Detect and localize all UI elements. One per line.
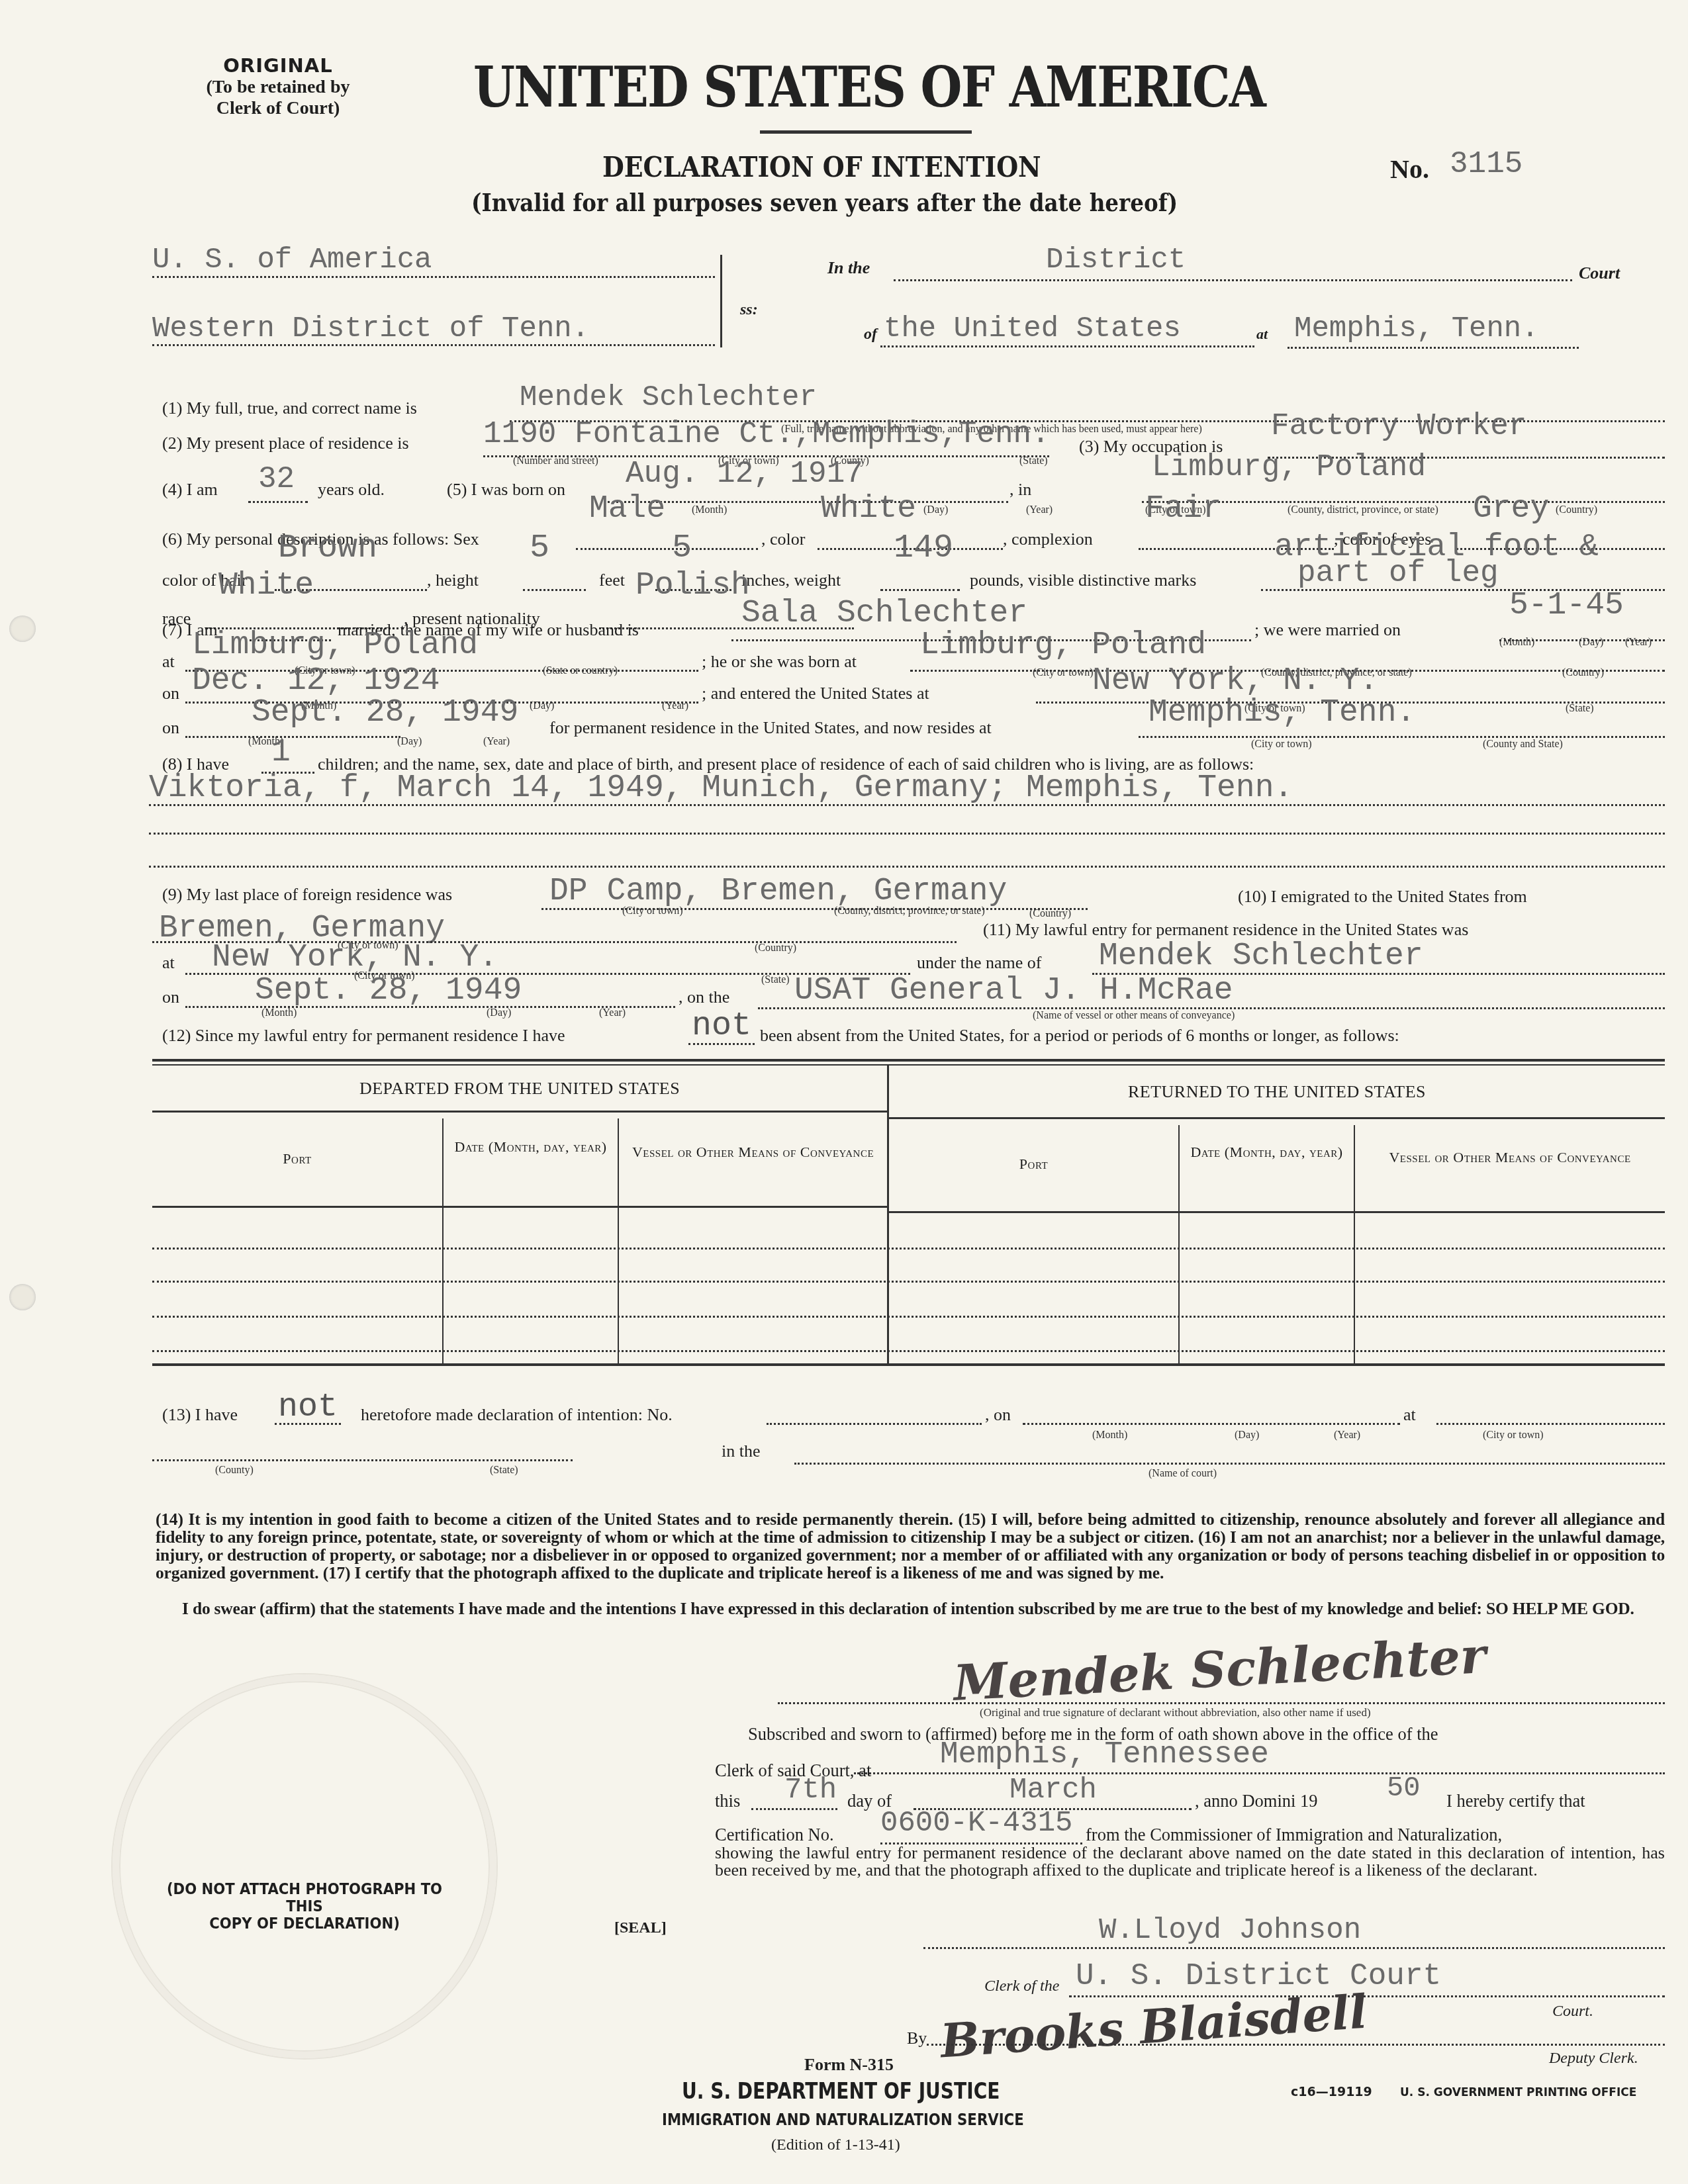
field-line (923, 1947, 1665, 1949)
spouse-birthplace-field[interactable]: Limburg, Poland (920, 627, 1206, 663)
field-line (608, 501, 1008, 503)
embossed-seal (113, 1674, 496, 2058)
photo-note-line2: COPY OF DECLARATION) (164, 1915, 444, 1933)
field-line (854, 1772, 1665, 1774)
col-date-departed: Date (Month, day, year) (444, 1138, 618, 1156)
spouse-entry-date-field[interactable]: Sept. 28, 1949 (252, 695, 518, 731)
jurat-day-field[interactable]: 7th (784, 1774, 837, 1807)
color-field[interactable]: White (821, 491, 916, 527)
anno-label: , anno Domini 19 (1195, 1791, 1318, 1811)
this-label: this (715, 1791, 740, 1811)
cert-post: from the Commissioner of Immigration and… (1086, 1825, 1502, 1845)
q10-label: (10) I emigrated to the United States fr… (1238, 887, 1527, 907)
field-line (688, 1043, 755, 1045)
table-rule-top (152, 1059, 1665, 1062)
prior-city-field[interactable] (1436, 1423, 1665, 1425)
distinctive-marks-line2: part of leg (1297, 556, 1499, 590)
field-line (880, 589, 960, 591)
returned-header: RETURNED TO THE UNITED STATES (889, 1082, 1665, 1102)
hint: (Country) (1562, 667, 1604, 679)
at-label: at (1403, 1405, 1416, 1425)
field-line (523, 589, 586, 591)
marriage-date-field[interactable]: 5-1-45 (1509, 588, 1624, 623)
field-line (248, 501, 308, 503)
birthplace-field[interactable]: Limburg, Poland (1152, 450, 1426, 484)
field-line (152, 344, 715, 346)
hint: (City or town) (1251, 739, 1312, 751)
hint: (Country) (1029, 908, 1071, 920)
color-label: , color (761, 529, 805, 549)
on-label: , on (985, 1405, 1011, 1425)
hint: (City or town) (622, 905, 683, 917)
marriage-place-field[interactable]: Limburg, Poland (192, 627, 478, 663)
of-label: of (864, 326, 877, 343)
declarant-signature: Mendek Schlechter (952, 1627, 1487, 1712)
height-inches-field[interactable]: 5 (672, 529, 692, 567)
field-line (275, 1423, 341, 1425)
hint: (County, district, province, or state) (834, 905, 985, 917)
spouse-birthdate-field[interactable]: Dec. 12, 1924 (192, 663, 440, 699)
in-the-label: in the (722, 1441, 761, 1461)
q2-label: (2) My present place of residence is (162, 433, 409, 453)
hint: (Number and street) (513, 455, 598, 467)
field-line (1288, 347, 1579, 349)
hint: (State) (1566, 703, 1594, 715)
entered-label: ; and entered the United States at (702, 684, 929, 704)
hair-field[interactable]: Brown (278, 529, 377, 567)
col-port-departed: Port (152, 1150, 442, 1167)
married-on-label: ; we were married on (1254, 620, 1401, 640)
invalid-note: (Invalid for all purposes seven years af… (471, 188, 1178, 217)
prior-county-state-field[interactable] (152, 1459, 573, 1461)
hint: (Year) (1625, 637, 1652, 649)
hint: (Day) (923, 504, 948, 516)
venue-brace (720, 255, 722, 347)
table-row[interactable] (152, 1350, 1665, 1352)
original-notice: ORIGINAL (To be retained by Clerk of Cou… (199, 54, 357, 119)
hint: (Year) (1334, 1430, 1360, 1441)
court-label: Court. (1552, 2003, 1593, 2021)
height-label: , height (427, 570, 479, 590)
edition: (Edition of 1-13-41) (771, 2136, 900, 2154)
vessel-label: , on the (679, 987, 729, 1007)
weight-field[interactable]: 149 (894, 529, 953, 567)
table-row[interactable] (152, 1281, 1665, 1283)
table-row[interactable] (152, 1316, 1665, 1318)
q5-label: (5) I was born on (447, 480, 565, 500)
photo-note-line1: (DO NOT ATTACH PHOTOGRAPH TO THIS (164, 1881, 444, 1915)
permanent-label: for permanent residence in the United St… (549, 718, 992, 738)
printer: U. S. GOVERNMENT PRINTING OFFICE (1400, 2086, 1636, 2099)
feet-label: feet (599, 570, 625, 590)
hint: (Month) (1499, 637, 1534, 649)
hint: (State) (490, 1465, 518, 1477)
cert-label: Certification No. (715, 1825, 834, 1845)
print-code: c16—19119 (1291, 2085, 1372, 2099)
hint: (Month) (261, 1007, 297, 1019)
q13-label: (13) I have (162, 1405, 238, 1425)
born-at-label: ; he or she was born at (702, 652, 857, 672)
field-line (1069, 1995, 1665, 1997)
cert-body: showing the lawful entry for permanent r… (715, 1844, 1665, 1879)
jurat-month-field[interactable]: March (1009, 1774, 1097, 1807)
field-line (758, 1007, 1665, 1009)
hint: (Country) (755, 942, 796, 954)
field-line (152, 276, 715, 278)
table-rule (152, 1111, 887, 1113)
occupation-field[interactable]: Factory Worker (1271, 409, 1526, 443)
hint: (State) (761, 974, 790, 986)
child-entry-field[interactable]: Viktoria, f, March 14, 1949, Munich, Ger… (149, 770, 1293, 806)
hint: (Day) (397, 736, 422, 748)
department: U. S. DEPARTMENT OF JUSTICE (682, 2078, 1000, 2104)
hint: (County, district, province, or state) (1288, 504, 1438, 516)
spouse-entry-place-field[interactable]: New York, N. Y. (1092, 663, 1378, 699)
court-of: the United States (884, 312, 1181, 345)
in-label: , in (1009, 480, 1031, 500)
in-the-label: In the (827, 258, 870, 278)
col-vessel-returned: Vessel or Other Means of Conveyance (1355, 1149, 1665, 1166)
form-subtitle: DECLARATION OF INTENTION (602, 151, 1041, 183)
clerk-of-label: Clerk of the (984, 1978, 1059, 1995)
entry-name-field[interactable]: Mendek Schlechter (1099, 938, 1423, 974)
prior-declaration-field[interactable]: not (278, 1388, 338, 1426)
hint: (Name of vessel or other means of convey… (1033, 1010, 1235, 1022)
retained-line2: Clerk of Court) (199, 98, 357, 119)
hint: (City or town) (1033, 667, 1094, 679)
name-label: under the name of (917, 953, 1041, 973)
q4-post: years old. (318, 480, 385, 500)
complexion-label: , complexion (1003, 529, 1093, 549)
q9-label: (9) My last place of foreign residence w… (162, 885, 452, 905)
signature-hint: (Original and true signature of declaran… (980, 1706, 1371, 1719)
form-number: Form N-315 (804, 2055, 894, 2075)
age-field[interactable]: 32 (258, 462, 295, 496)
residence-field[interactable]: 1190 Fontaine Ct.,Memphis,Tenn. (483, 417, 1050, 451)
height-feet-field[interactable]: 5 (530, 529, 549, 567)
spouse-residence-field[interactable]: Memphis, Tenn. (1149, 695, 1415, 731)
table-rule-bottom (152, 1363, 1665, 1366)
jurat-location-field[interactable]: Memphis, Tennessee (940, 1737, 1269, 1772)
prior-court-field[interactable] (794, 1463, 1665, 1465)
court-label: Court (1579, 263, 1620, 283)
hint: (Year) (599, 1007, 626, 1019)
q13-post: heretofore made declaration of intention… (361, 1405, 673, 1425)
q12-label: (12) Since my lawful entry for permanent… (162, 1026, 565, 1046)
field-line (149, 804, 1665, 806)
field-line (880, 345, 1254, 347)
field-line (1139, 736, 1665, 738)
oath-paragraph: (14) It is my intention in good faith to… (156, 1510, 1665, 1582)
table-row[interactable] (152, 1248, 1665, 1250)
on-label: on (162, 718, 179, 738)
seal-label: [SEAL] (614, 1919, 667, 1937)
vessel-field[interactable]: USAT General J. H.McRae (794, 973, 1233, 1009)
hint: (Year) (483, 736, 510, 748)
field-line (576, 548, 758, 550)
pounds-label: pounds, visible distinctive marks (970, 570, 1196, 590)
birthdate-field[interactable]: Aug. 12, 1917 (626, 457, 863, 491)
departed-header: DEPARTED FROM THE UNITED STATES (152, 1079, 887, 1099)
hint: (Day) (487, 1007, 511, 1019)
eye-color-field[interactable]: Grey (1473, 491, 1549, 527)
at-label: at (1256, 326, 1268, 343)
clerk-name: W.Lloyd Johnson (1099, 1914, 1361, 1947)
service: IMMIGRATION AND NATURALIZATION SERVICE (662, 2110, 1024, 2129)
q1-label: (1) My full, true, and correct name is (162, 398, 417, 418)
col-divider (1178, 1125, 1180, 1363)
hint: (State or country) (543, 665, 618, 677)
title-rule (760, 130, 972, 134)
jurat-year-field[interactable]: 50 (1387, 1772, 1420, 1804)
court-type: District (1046, 244, 1186, 277)
signature-line (778, 1702, 1665, 1704)
field-line (751, 1808, 837, 1810)
field-line (927, 2044, 1665, 2046)
punch-hole (9, 1284, 36, 1310)
hint: (Day) (530, 700, 554, 712)
punch-hole (9, 615, 36, 642)
child-entry-line-3[interactable] (149, 866, 1665, 868)
children-count-field[interactable]: 1 (271, 735, 291, 770)
col-vessel-departed: Vessel or Other Means of Conveyance (619, 1144, 887, 1161)
field-line (894, 279, 1572, 281)
venue-country: U. S. of America (152, 244, 432, 277)
retained-line1: (To be retained by (199, 77, 357, 98)
table-rule-top2 (152, 1064, 1665, 1066)
at-label: at (162, 953, 175, 973)
nationality-field[interactable]: Polish (635, 568, 750, 604)
inches-label: inches, weight (741, 570, 841, 590)
number-label: No. (1390, 154, 1429, 185)
ss-label: ss: (740, 301, 758, 319)
q4-label: (4) I am (162, 480, 218, 500)
race-field[interactable]: White (218, 568, 314, 604)
hint: (Month) (692, 504, 727, 516)
declaration-number: 3115 (1450, 147, 1523, 181)
sex-field[interactable]: Male (589, 491, 665, 527)
hint: (Year) (1026, 504, 1053, 516)
foreign-residence-field[interactable]: DP Camp, Bremen, Germany (549, 874, 1007, 909)
by-label: By (907, 2028, 927, 2048)
absence-field[interactable]: not (692, 1007, 751, 1045)
deputy-label: Deputy Clerk. (1549, 2050, 1638, 2068)
court-location: Memphis, Tenn. (1294, 312, 1539, 345)
q12-post: been absent from the United States, for … (760, 1026, 1399, 1046)
col-port-returned: Port (889, 1156, 1178, 1173)
photo-note: (DO NOT ATTACH PHOTOGRAPH TO THIS COPY O… (164, 1881, 444, 1933)
hint: (City or town) (1483, 1430, 1544, 1441)
prior-date-field[interactable] (1023, 1423, 1400, 1425)
hint: (Day) (1235, 1430, 1259, 1441)
child-entry-line-2[interactable] (149, 833, 1665, 835)
certify-label: I hereby certify that (1446, 1791, 1585, 1811)
clerk-court: U. S. District Court (1076, 1959, 1441, 1993)
table-rule (889, 1211, 1665, 1213)
hint: (Month) (1092, 1430, 1127, 1441)
col-date-returned: Date (Month, day, year) (1180, 1144, 1354, 1161)
on-label: on (162, 684, 179, 704)
venue-district: Western District of Tenn. (152, 312, 589, 345)
complexion-field[interactable]: Fair (1145, 491, 1221, 527)
q11-label: (11) My lawful entry for permanent resid… (983, 920, 1468, 940)
oath-swear: I do swear (affirm) that the statements … (156, 1600, 1665, 1617)
hint: (Country) (1556, 504, 1597, 516)
hint: (Day) (1579, 637, 1603, 649)
hint: (County and State) (1483, 739, 1563, 751)
table-rule (152, 1206, 887, 1208)
full-name-field[interactable]: Mendek Schlechter (520, 381, 817, 414)
document-title: UNITED STATES OF AMERICA (473, 54, 1265, 120)
hint: (State) (1019, 455, 1048, 467)
table-divider (887, 1066, 889, 1363)
spouse-name-field[interactable]: Sala Schlechter (741, 596, 1027, 631)
field-line (185, 736, 400, 738)
hint: (County) (215, 1465, 254, 1477)
at-label: at (162, 652, 175, 672)
on-label: on (162, 987, 179, 1007)
hint: (Name of court) (1149, 1468, 1217, 1480)
original-label: ORIGINAL (199, 54, 357, 77)
table-rule (889, 1117, 1665, 1119)
certification-number-field[interactable]: 0600-K-4315 (880, 1807, 1072, 1840)
hint: (Year) (662, 700, 688, 712)
prior-number-field[interactable] (767, 1423, 982, 1425)
entry-date-field[interactable]: Sept. 28, 1949 (255, 973, 522, 1009)
